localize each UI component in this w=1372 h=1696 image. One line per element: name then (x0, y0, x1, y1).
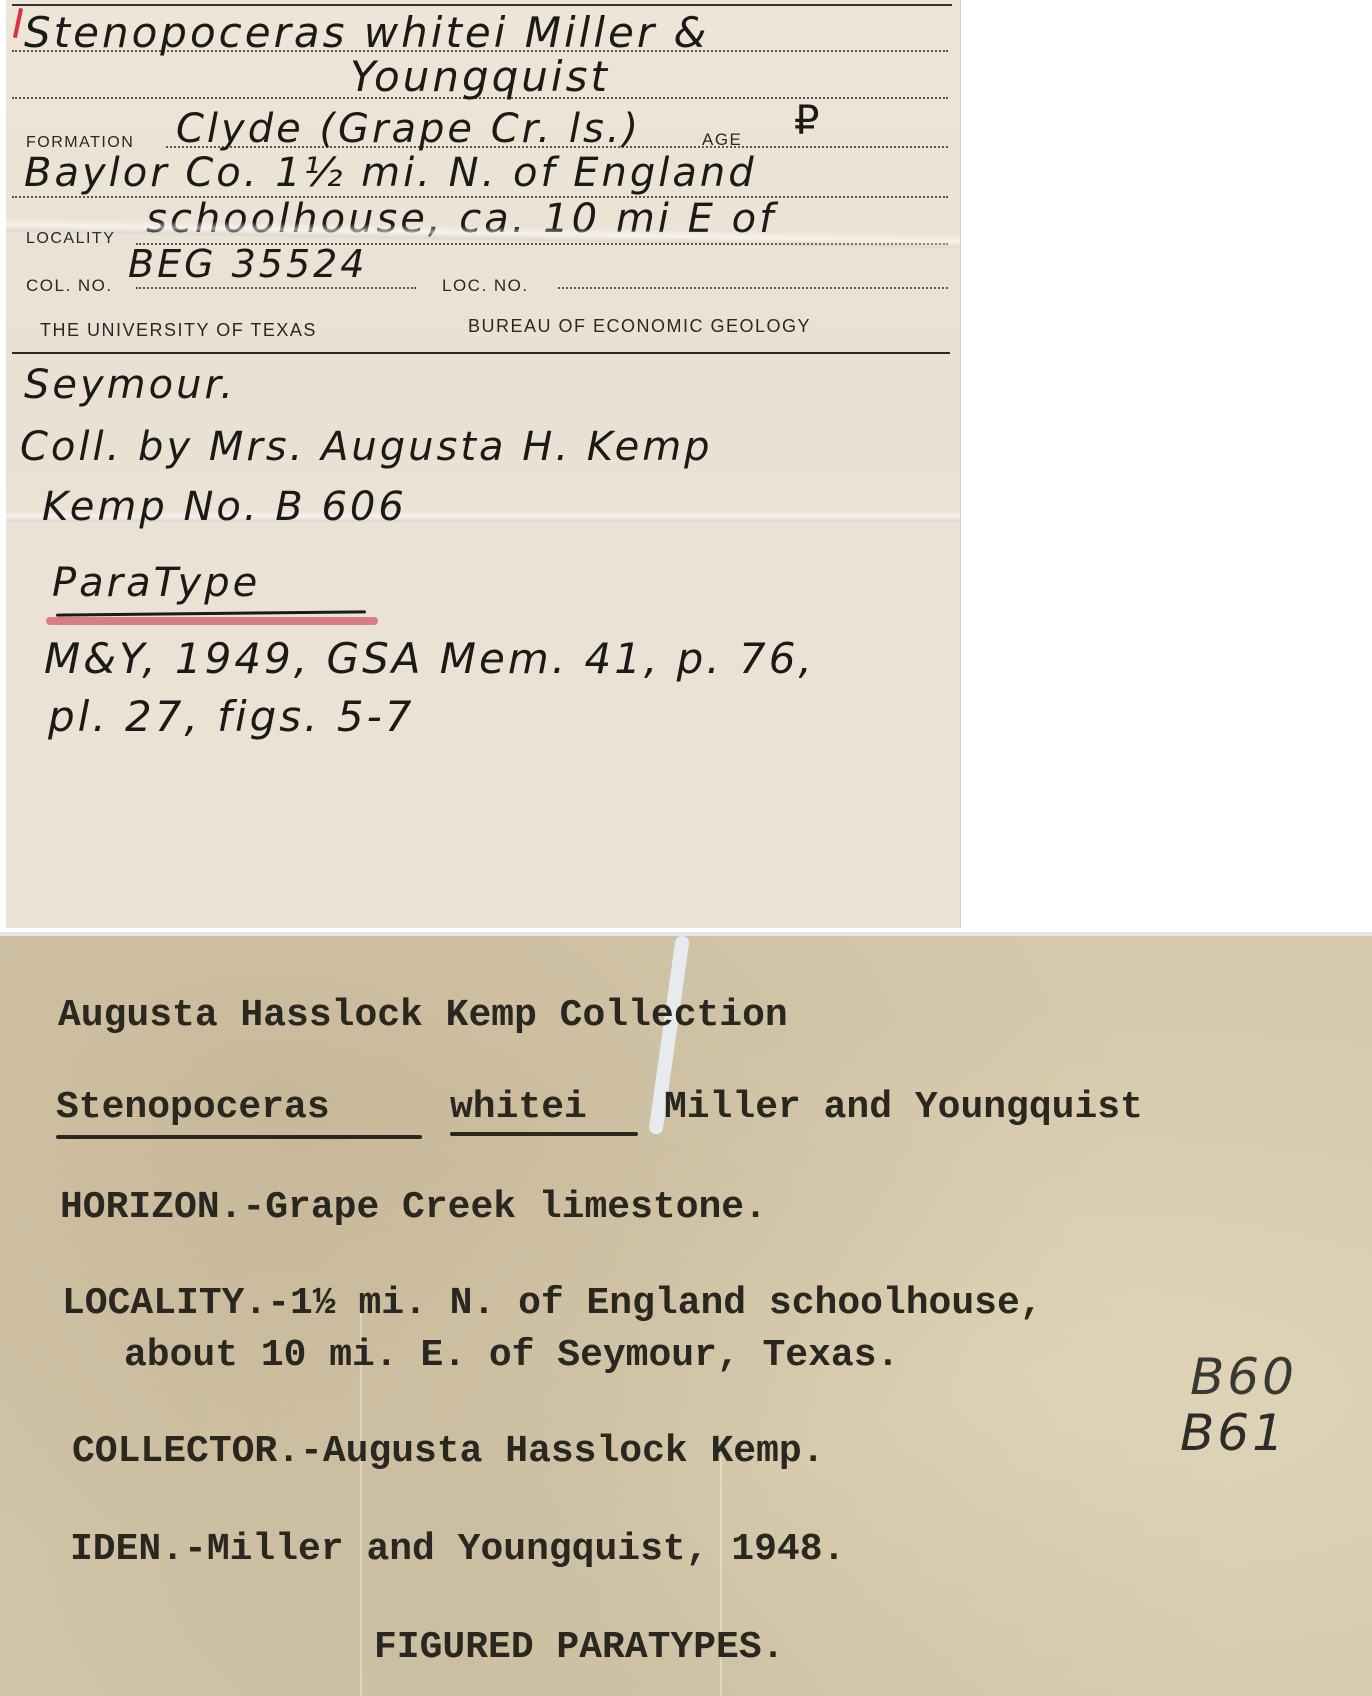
handwritten-number-2: B61 (1180, 1404, 1287, 1462)
black-underline (56, 610, 366, 616)
species-underline (450, 1132, 638, 1136)
dotted-line-col-no (136, 287, 416, 289)
species-name-handwritten: Stenopoceras whitei Miller & (24, 8, 709, 57)
top-border-line (12, 4, 952, 6)
locality-continued: Seymour. (24, 362, 236, 408)
age-label: AGE (702, 130, 742, 150)
collection-title: Augusta Hasslock Kemp Collection (58, 994, 788, 1037)
species-authors: Miller and Youngquist (664, 1086, 1143, 1129)
genus-underline (56, 1135, 422, 1139)
col-no-label: COL. NO. (26, 276, 113, 296)
locality-line-1: Baylor Co. 1½ mi. N. of England (24, 150, 757, 196)
specimen-label-card-ut-beg: Stenopoceras whitei Miller & Youngquist … (6, 0, 961, 928)
red-pencil-mark (13, 8, 23, 38)
kemp-number: Kemp No. B 606 (42, 484, 407, 530)
species-name: whitei (450, 1086, 587, 1129)
authors-handwritten: Youngquist (350, 52, 610, 101)
typed-collection-label: Augusta Hasslock Kemp Collection Stenopo… (0, 932, 1372, 1696)
collector-line: COLLECTOR.-Augusta Hasslock Kemp. (72, 1430, 825, 1473)
handwritten-number-1: B60 (1190, 1348, 1297, 1406)
col-no-value: BEG 35524 (128, 242, 368, 286)
institution-name: THE UNIVERSITY OF TEXAS (40, 320, 317, 341)
collector-note: Coll. by Mrs. Augusta H. Kemp (20, 424, 713, 470)
identification-line: IDEN.-Miller and Youngquist, 1948. (70, 1528, 845, 1571)
horizon-line: HORIZON.-Grape Creek limestone. (60, 1186, 767, 1229)
figured-paratypes-line: FIGURED PARATYPES. (374, 1626, 784, 1669)
locality-line-2: about 10 mi. E. of Seymour, Texas. (124, 1334, 899, 1377)
red-underline (46, 617, 378, 625)
locality-line-1: LOCALITY.-1½ mi. N. of England schoolhou… (62, 1282, 1043, 1325)
paratype-note: ParaType (52, 560, 260, 606)
loc-no-label: LOC. NO. (442, 276, 529, 296)
bureau-name: BUREAU OF ECONOMIC GEOLOGY (468, 316, 811, 337)
reference-line-1: M&Y, 1949, GSA Mem. 41, p. 76, (44, 634, 815, 683)
genus-name: Stenopoceras (56, 1086, 330, 1129)
dotted-line-loc-no (558, 287, 948, 289)
formation-value: Clyde (Grape Cr. ls.) (176, 106, 641, 152)
age-value-pennsylvanian: ₽ (794, 98, 822, 144)
header-divider-line (12, 352, 950, 354)
reference-line-2: pl. 27, figs. 5-7 (48, 692, 414, 741)
